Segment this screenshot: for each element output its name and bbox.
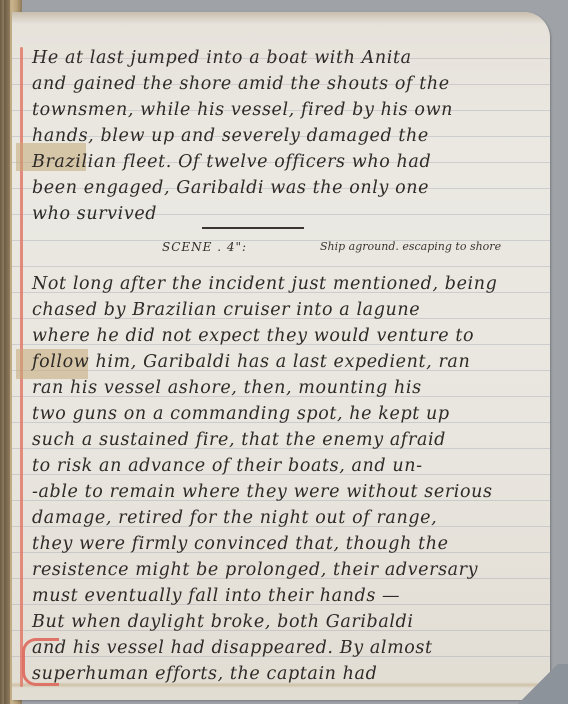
text-line: -able to remain where they were without …: [32, 482, 493, 502]
text-line: to risk an advance of their boats, and u…: [32, 456, 423, 476]
scene-heading: SCENE . 4":: [162, 240, 247, 254]
text-line: where he did not expect they would ventu…: [32, 326, 474, 346]
top-stain: [12, 12, 550, 24]
text-line: hands, blew up and severely damaged the: [32, 126, 429, 146]
scene-subtitle: Ship aground. escaping to shore: [320, 240, 501, 253]
text-line: Not long after the incident just mention…: [32, 274, 497, 294]
text-line: superhuman efforts, the captain had: [32, 664, 377, 684]
text-line: damage, retired for the night out of ran…: [32, 508, 437, 528]
text-line: chased by Brazilian cruiser into a lagun…: [32, 300, 420, 320]
text-line: and gained the shore amid the shouts of …: [32, 74, 450, 94]
text-line: and his vessel had disappeared. By almos…: [32, 638, 433, 658]
text-line: been engaged, Garibaldi was the only one: [32, 178, 429, 198]
text-line: But when daylight broke, both Garibaldi: [32, 612, 414, 632]
page-corner: [508, 664, 568, 704]
text-line: Brazilian fleet. Of twelve officers who …: [32, 152, 431, 172]
text-line: must eventually fall into their hands —: [32, 586, 400, 606]
text-line: townsmen, while his vessel, fired by his…: [32, 100, 453, 120]
manuscript-page: He at last jumped into a boat with Anita…: [12, 12, 550, 700]
text-line: resistence might be prolonged, their adv…: [32, 560, 478, 580]
text-line: ran his vessel ashore, then, mounting hi…: [32, 378, 422, 398]
section-divider: [202, 227, 304, 229]
text-line: two guns on a commanding spot, he kept u…: [32, 404, 450, 424]
text-line: such a sustained fire, that the enemy af…: [32, 430, 446, 450]
text-line: follow him, Garibaldi has a last expedie…: [32, 352, 470, 372]
text-line: He at last jumped into a boat with Anita: [32, 48, 412, 68]
binding-edge: [4, 0, 10, 704]
text-line: they were firmly convinced that, though …: [32, 534, 449, 554]
ruled-line: [12, 266, 550, 267]
text-line: who survived: [32, 204, 157, 224]
